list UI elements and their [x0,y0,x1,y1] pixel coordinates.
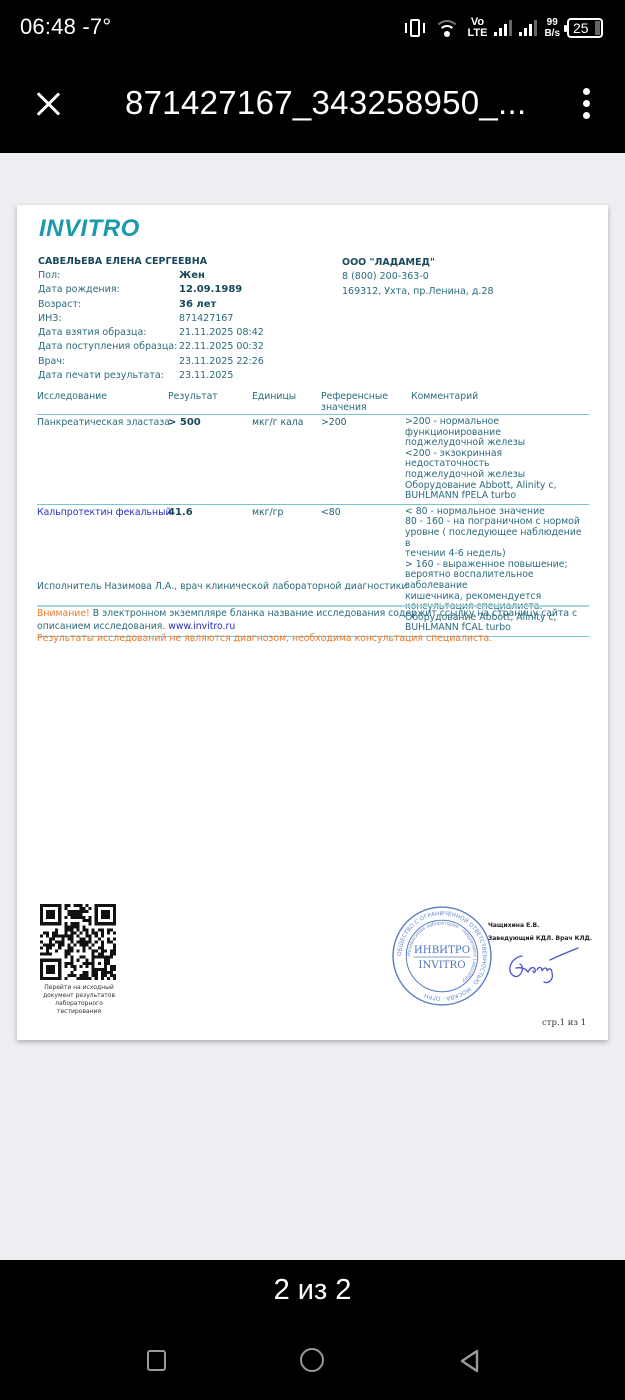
square-icon [147,1350,166,1371]
header-reference: Референсныезначения [321,391,388,413]
test-units: мкг/гр [252,507,283,518]
signer-name: Чащихина Е.В. [488,919,592,932]
patient-info: Пол:ЖенДата рождения:12.09.1989Возраст:3… [38,270,338,384]
qr-code[interactable] [40,904,116,980]
header-result: Результат [168,391,218,402]
info-label: Дата взятия образца: [38,327,147,338]
info-row: Дата взятия образца:21.11.2025 08:42 [38,327,338,341]
file-title: 871427167_343258950_... [125,84,526,122]
app-bar: 871427167_343258950_... [0,58,625,153]
test-comment: >200 - нормальное функционирование подже… [405,415,589,504]
test-units: мкг/г кала [252,417,303,428]
info-value: 23.11.2025 22:26 [179,356,264,367]
battery-icon: 25 [567,18,603,38]
organization-info: ООО "ЛАДАМЕД" 8 (800) 200-363-0 169312, … [342,256,494,299]
header-comment: Комментарий [411,391,478,402]
wifi-icon [434,18,460,38]
header-units: Единицы [252,391,296,402]
document-page: INVITRO САВЕЛЬЕВА ЕЛЕНА СЕРГЕЕВНА Пол:Же… [17,205,608,1040]
network-speed: 99B/s [544,17,560,39]
header-test: Исследование [37,391,107,402]
temperature: -7° [82,14,111,39]
patient-name: САВЕЛЬЕВА ЕЛЕНА СЕРГЕЕВНА [38,256,207,267]
info-value: 22.11.2025 00:32 [179,341,264,352]
test-reference: >200 [321,417,347,428]
info-value: 12.09.1989 [179,284,242,295]
info-label: Возраст: [38,299,81,310]
info-row: Дата поступления образца:22.11.2025 00:3… [38,341,338,355]
test-name: Панкреатическая эластаза [37,417,170,428]
divider [37,605,589,607]
info-row: Пол:Жен [38,270,338,284]
notice-warning: Внимание! [37,608,90,619]
test-name[interactable]: Кальпротектин фекальный [37,507,172,518]
info-label: Дата печати результата: [38,370,164,381]
info-value: 21.11.2025 08:42 [179,327,264,338]
info-label: Пол: [38,270,60,281]
info-row: Возраст:36 лет [38,299,338,313]
signature-icon [500,938,580,988]
svg-text:ИНВИТРО: ИНВИТРО [414,945,470,956]
info-value: 871427167 [179,313,233,324]
disclaimer: Результаты исследований не являются диаг… [37,633,597,646]
stamp-icon: ОБЩЕСТВО С ОГРАНИЧЕННОЙ ОТВЕТСТВЕННОСТЬЮ… [391,905,493,1007]
info-row: ИНЗ:871427167 [38,313,338,327]
status-bar: 06:48 -7° VoLTE 99B/s 25 [0,0,625,58]
info-row: Врач:23.11.2025 22:26 [38,356,338,370]
table-row: Панкреатическая эластаза> 500мкг/г кала>… [37,415,589,505]
battery-level: 25 [573,20,589,36]
status-time: 06:48 -7° [20,14,111,40]
info-value: 36 лет [179,299,216,310]
table-body: Панкреатическая эластаза> 500мкг/г кала>… [37,415,589,637]
page-number: стр.1 из 1 [542,1018,586,1028]
back-button[interactable] [455,1346,485,1376]
vibrate-icon [403,18,427,38]
circle-icon [300,1348,324,1372]
info-label: Дата рождения: [38,284,120,295]
page-indicator: 2 из 2 [0,1274,625,1307]
performer: Исполнитель Назимова Л.А., врач клиничес… [37,581,407,592]
info-value: Жен [179,270,205,281]
info-label: Дата поступления образца: [38,341,177,352]
invitro-link[interactable]: www.invitro.ru [168,621,235,632]
notice-text: В электронном экземпляре бланка название… [37,608,577,632]
bottom-bar: 2 из 2 [0,1260,625,1400]
volte-icon: VoLTE [467,17,487,39]
table-header: Исследование Результат Единицы Референсн… [37,390,589,415]
info-row: Дата печати результата:23.11.2025 [38,370,338,384]
test-result: 41.6 [168,507,193,518]
organization-phone: 8 (800) 200-363-0 [342,270,494,284]
invitro-logo: INVITRO [39,215,140,243]
close-icon[interactable] [30,86,66,122]
organization-address: 169312, Ухта, пр.Ленина, д.28 [342,285,494,299]
status-icons: VoLTE 99B/s 25 [403,12,603,44]
info-value: 23.11.2025 [179,370,233,381]
more-vert-icon[interactable] [576,88,596,124]
qr-caption: Перейти на исходный документ результатов… [39,984,119,1016]
info-label: ИНЗ: [38,313,62,324]
info-row: Дата рождения:12.09.1989 [38,284,338,298]
test-result: > 500 [168,417,201,428]
organization-name: ООО "ЛАДАМЕД" [342,256,494,270]
notice: Внимание! В электронном экземпляре бланк… [37,608,597,646]
info-label: Врач: [38,356,65,367]
home-button[interactable] [298,1346,328,1376]
clock: 06:48 [20,14,76,39]
results-table: Исследование Результат Единицы Референсн… [37,390,589,637]
signal-icon-sim2 [519,20,537,36]
test-reference: <80 [321,507,341,518]
document-viewer[interactable]: INVITRO САВЕЛЬЕВА ЕЛЕНА СЕРГЕЕВНА Пол:Же… [0,153,625,1260]
svg-text:INVITRO: INVITRO [418,960,465,971]
triangle-back-icon [462,1351,477,1371]
recent-apps-button[interactable] [143,1346,173,1376]
signal-icon-sim1 [494,20,512,36]
